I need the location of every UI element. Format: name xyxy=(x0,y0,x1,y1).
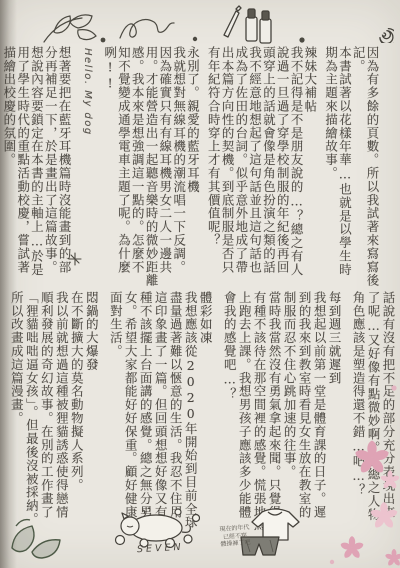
text-column: 到的我來到教室時看見女生放在教室的 xyxy=(297,291,310,519)
text-column: 用了學生時代的重點活動校慶，嘗試著 xyxy=(16,46,29,274)
text-column: 所以改畫成這篇漫畫。 xyxy=(10,291,23,425)
text-column: 我想應該從2020年開始到目前全球 xyxy=(183,291,196,529)
paragraph-block: 辣妹大補帖我不記得是不是朋友說的…？總之有人說過一旦過了穿學校制服的年紀後再回頭… xyxy=(205,46,315,276)
text-column: 記。 xyxy=(351,46,364,73)
paragraph-block: 因為有多餘的頁數。所以我試著來寫寫後記。本書試著以花樣年華…也就是以學生時期為主… xyxy=(323,46,378,287)
plant-sprigs-doodle xyxy=(38,6,100,48)
text-column: 因為有多餘的頁數。所以我試著來寫寫後 xyxy=(365,46,378,287)
text-column: 制服而忍不住心跳加速的往事。 xyxy=(282,291,295,479)
text-column: 出本篇方向性的契機。到底制服是否只 xyxy=(220,46,233,274)
text-column: 想說內容要鎖定在本書的主軸上…於是 xyxy=(30,46,43,276)
text-column: 會我的感覺吧…？ xyxy=(222,291,235,401)
chapter-heading-column: 辣妹大補帖 xyxy=(303,46,316,113)
text-column: 有種不該待在那空間裡的感覺。慌張地馬 xyxy=(252,291,265,532)
text-column: 我以前就想過這種被狸貓誘惑使得戀情 xyxy=(55,291,68,519)
text-column: 種不該擺上台面講的感覺。總之無分男 xyxy=(138,291,151,519)
text-column: 因為確實只有有線耳機男女二人一邊共 xyxy=(158,46,171,274)
paragraph-block: 體彩如凍我想應該從2020年開始到目前全球盡量過著難以愜意的生活。我忍不住用這印… xyxy=(106,291,211,532)
text-column: 有年紀符合時穿上才有其價值呢？ xyxy=(206,46,219,247)
afterword-text-band-top: 因為有多餘的頁數。所以我試著來寫寫後記。本書試著以花樣年華…也就是以學生時期為主… xyxy=(0,46,378,294)
paragraph-block: Hello. My dog xyxy=(77,46,95,136)
text-column: 用。才能營造出一起聽音樂時的微妙距離 xyxy=(144,46,157,287)
text-column: 描繪出校慶的氛圍。 xyxy=(2,46,15,167)
ink-specks xyxy=(99,36,309,44)
paragraph-block: 永別了。親愛的藍牙耳機我就想對無線耳機的潮流唱一下反調。因為確實只有有線耳機男女… xyxy=(102,46,199,287)
chapter-heading-column: 永別了。親愛的藍牙耳機 xyxy=(186,46,199,193)
text-column: 盡量過著難以愜意的生活。我忍不住用 xyxy=(168,291,181,519)
sleeping-animal-doodle xyxy=(112,506,200,548)
text-column: 上跑去上課。我想男孩子應該多少能體 xyxy=(237,291,250,519)
text-column: 當時我當然沒有勇氣拿起來聞。只覺得 xyxy=(267,291,280,519)
text-column: 感。我本來是想強調這一點的。怎麼不 xyxy=(130,46,143,274)
text-column: 說過一旦過了穿學校制服的年紀後再回 xyxy=(275,46,288,274)
gym-clothes-note: 現在的年代 已經不穿 體操褲了吧 xyxy=(211,523,258,549)
text-column: 想著要把在藍牙耳機篇時沒能畫到的部 xyxy=(57,46,70,274)
paragraph-block: 悶鍋的大爆發在不斷擴大的莫名動物擬人系列。我以前就想過這種被狸貓誘惑使得戀情順利… xyxy=(7,291,97,526)
text-column: 在不斷擴大的莫名動物擬人系列。 xyxy=(70,291,83,492)
handwritten-latin-note: Hello. My dog xyxy=(80,46,93,136)
text-column: 我不記得是不是朋友說的…？總之有人 xyxy=(289,46,302,276)
text-column: 本書試著以花樣年華…也就是以學生時 xyxy=(338,46,351,276)
chapter-heading-column: 每到週三就遲到 xyxy=(327,291,340,385)
text-column: 順利發展的奇幻故事。在別的工作畫了 xyxy=(40,291,53,519)
text-column: 知不覺變成通學電車主題了呢。為什麼 xyxy=(117,46,130,274)
text-column: 我就想對無線耳機的潮流唱一下反調。 xyxy=(172,46,185,274)
text-column: 女。希望大家都能好好保重。顧好健康去 xyxy=(123,291,136,532)
text-column: 分再補足一下，於是畫出了這篇故事。 xyxy=(43,46,56,274)
leaf-doodle xyxy=(6,508,68,564)
sakura-flowers xyxy=(318,376,400,568)
sparkle-doodle xyxy=(68,252,82,266)
text-column: 「狸貓咄咄逼女孩」。但最後沒被採納。 xyxy=(25,291,38,526)
text-column: 我不經意地想起了這句話並且這句話也 xyxy=(248,46,261,274)
text-column: 期為主題來描繪故事。 xyxy=(324,46,337,180)
seven-signature: SEVEN xyxy=(137,542,184,555)
scanned-afterword-page: 因為有多餘的頁數。所以我試著來寫寫後記。本書試著以花樣年華…也就是以學生時期為主… xyxy=(0,0,400,568)
chapter-heading-column: 體彩如凍 xyxy=(198,291,211,345)
text-column: 頭穿上的話就會像是角色扮演之類的話 xyxy=(262,46,275,274)
chapter-heading-column: 悶鍋的大爆發 xyxy=(84,291,97,371)
spiral-doodle xyxy=(374,23,394,43)
text-column: 咧!! xyxy=(103,46,116,91)
paragraph-block: 想著要把在藍牙耳機篇時沒能畫到的部分再補足一下，於是畫出了這篇故事。想說內容要鎖… xyxy=(1,46,70,276)
text-column: 這印象畫了一篇。但回頭想想好像又有 xyxy=(153,291,166,519)
text-column: 面對生活。 xyxy=(108,291,121,358)
text-column: 成為了佐田的台詞。似乎意外地成了帶 xyxy=(234,46,247,274)
